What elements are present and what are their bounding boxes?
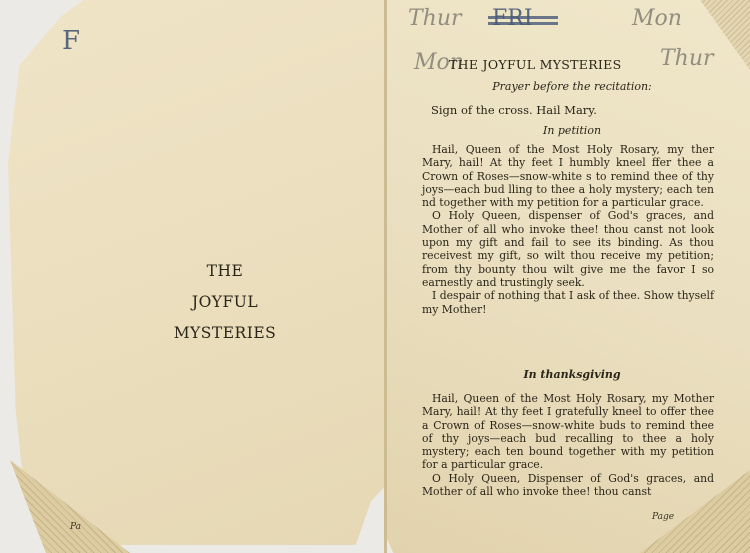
section-title-thanksgiving: In thanksgiving xyxy=(422,368,722,381)
thanksgiving-paragraph-1: Hail, Queen of the Most Holy Rosary, my … xyxy=(422,392,714,472)
section-title-petition: In petition xyxy=(422,124,722,137)
handwritten-thur: Thur xyxy=(408,6,462,31)
handwritten-mark: F xyxy=(62,26,80,56)
sign-of-cross-line: Sign of the cross. Hail Mary. xyxy=(431,103,597,117)
petition-body: Hail, Queen of the Most Holy Rosary, my … xyxy=(422,143,714,316)
intro-caption: Prayer before the recitation: xyxy=(422,80,722,93)
right-page-number: Page xyxy=(652,512,674,522)
title-line-2: JOYFUL xyxy=(150,287,300,318)
thanksgiving-paragraph-2: O Holy Queen, Dispenser of God's graces,… xyxy=(422,472,714,499)
petition-paragraph-1: Hail, Queen of the Most Holy Rosary, my … xyxy=(422,143,714,209)
left-page-title: THE JOYFUL MYSTERIES xyxy=(150,256,300,349)
title-line-3: MYSTERIES xyxy=(150,318,300,349)
page-heading: THE JOYFUL MYSTERIES xyxy=(449,57,621,72)
handwritten-thur-side: Thur xyxy=(660,46,714,71)
strikethrough-mark xyxy=(488,16,558,19)
left-page-number: Pa xyxy=(70,522,81,532)
handwritten-mon: Mon xyxy=(632,6,682,31)
title-line-1: THE xyxy=(150,256,300,287)
petition-paragraph-3: I despair of nothing that I ask of thee.… xyxy=(422,289,714,316)
thanksgiving-body: Hail, Queen of the Most Holy Rosary, my … xyxy=(422,392,714,498)
book-spine xyxy=(384,0,387,553)
petition-paragraph-2: O Holy Queen, dispenser of God's graces,… xyxy=(422,209,714,289)
